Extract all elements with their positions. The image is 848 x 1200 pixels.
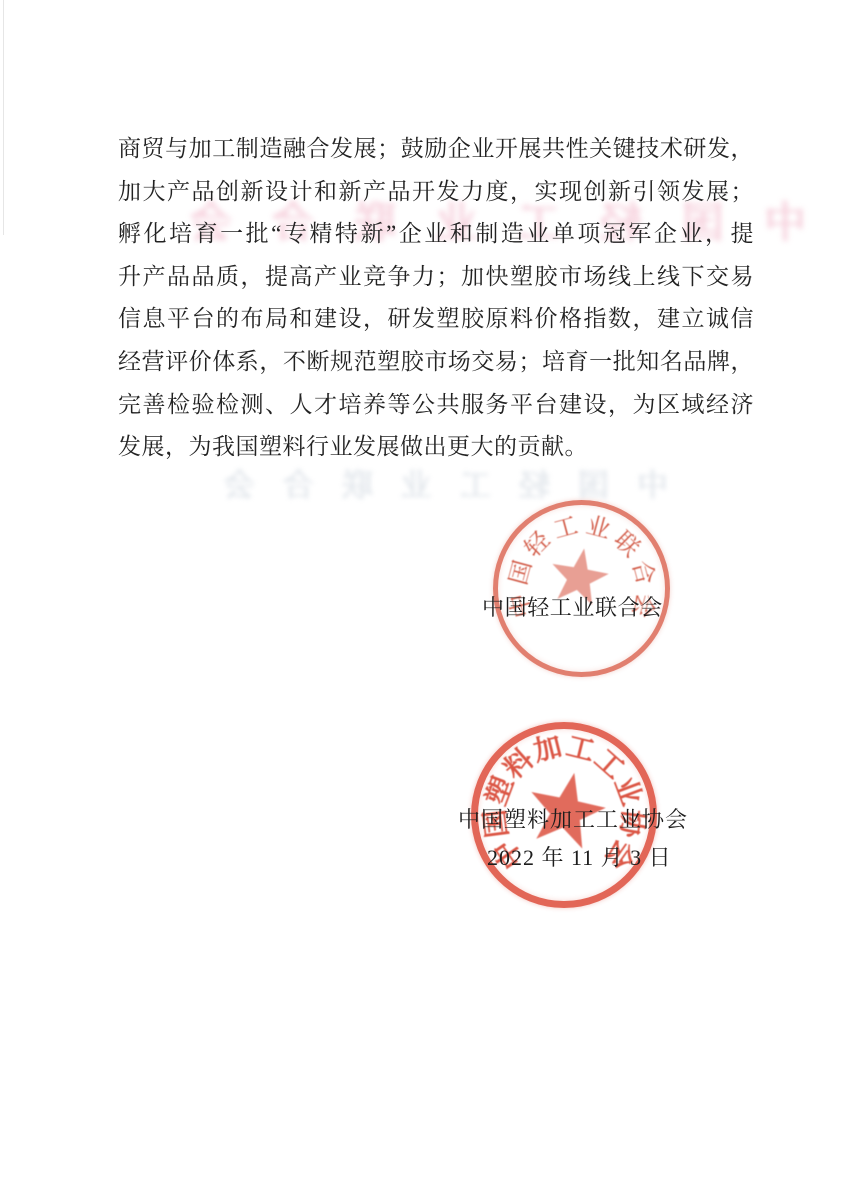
document-page: 中国轻工业联合会 中国轻工业联合会 商贸与加工制造融合发展；鼓励企业开展共性关键…: [0, 0, 848, 1200]
seal-arc-char: 联: [607, 521, 649, 563]
signature-org-2: 中国塑料加工工业协会: [458, 803, 688, 834]
body-line: 经营评价体系，不断规范塑胶市场交易；培育一批知名品牌，: [118, 341, 754, 384]
seal-arc-char: 业: [582, 505, 614, 545]
signature-date: 2022 年 11 月 3 日: [487, 841, 672, 872]
signature-org-1: 中国轻工业联合会: [482, 591, 663, 622]
body-text: 商贸与加工制造融合发展；鼓励企业开展共性关键技术研发， 加大产品创新设计和新产品…: [118, 128, 754, 469]
body-line: 完善检验检测、人才培养等公共服务平台建设，为区域经济: [118, 384, 754, 427]
seal-arc-char: 轻: [514, 521, 556, 563]
seal-arc-char: 工: [548, 505, 580, 545]
body-line: 孵化培育一批“专精特新”企业和制造业单项冠军企业，提: [118, 213, 754, 256]
scan-edge-artifact: [3, 0, 4, 235]
seal-china-light-industry-council: 中国轻工业联合会: [493, 500, 670, 677]
seal-arc-char: 国: [498, 555, 538, 587]
seal-arc-char: 合: [625, 555, 665, 587]
body-line: 商贸与加工制造融合发展；鼓励企业开展共性关键技术研发，: [118, 128, 754, 171]
body-line: 信息平台的布局和建设，研发塑胶原料价格指数，建立诚信: [118, 298, 754, 341]
body-line: 发展，为我国塑料行业发展做出更大的贡献。: [118, 426, 754, 469]
body-line: 加大产品创新设计和新产品开发力度，实现创新引领发展；: [118, 171, 754, 214]
body-line: 升产品品质，提高产业竞争力；加快塑胶市场线上线下交易: [118, 256, 754, 299]
seal-arc-text: 中国轻工业联合会: [498, 505, 665, 672]
